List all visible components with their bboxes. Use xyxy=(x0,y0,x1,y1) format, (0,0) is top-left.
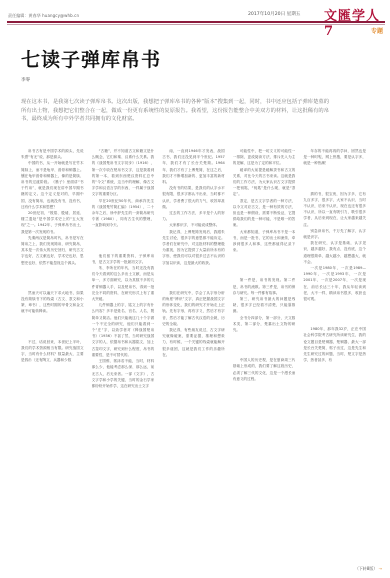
paragraph: 中国人的历史观，是在夏商周三代基础上形成的，我们要了解这段历史，必须了解三代的文… xyxy=(233,357,296,382)
issue-date: 2017年10月20日 星期五 xyxy=(248,11,300,17)
section-break xyxy=(162,266,225,290)
paragraph: 我记得，有些朋友说过，古文字研究就像破案，需要证据，推理和想象力，有时候，一个关… xyxy=(162,327,225,358)
paragraph: 全书分四部分，第一部分，天文数术类，第二部分，楚墓出土文物的研究。 xyxy=(233,315,296,334)
header-rule xyxy=(7,21,385,23)
paragraph: 中国的书，从一开始就是写在竹木简牍上，而不是龟甲、兽骨和铜器上。镶在龟甲兽骨和铜… xyxy=(21,160,84,210)
paragraph: 隶定，是古文字学者的一种方法，以今文对应古文，是一种有效的方法，但也是一种假设，… xyxy=(233,198,296,229)
article-column: 帛书古有是中国学术的源头，先说朱熹“有无”说，那是源头。中国的书，从一开始就是写… xyxy=(21,148,84,560)
paragraph: 破译的大前提是破解隶书和古文的关系，对比今天的古书来读。这就是我们的工作方法，为… xyxy=(233,167,296,198)
paragraph: 20世纪初，“敦煌、殷墟、居延、楼兰遗址”是中国学术史上的“五大发现”之一。19… xyxy=(21,210,84,235)
section-break xyxy=(303,302,366,326)
paragraph: 一次是1980年，一次是1989—1990年，一次是1993年，一次是2001年… xyxy=(303,265,366,302)
paragraph: 1980年，那年我32岁，正在中国社会科学院考古研究所读研究生，我的论文题目是楚… xyxy=(303,326,366,363)
article-column: 南，一直到1946年才发表，战国古书，我们还没见到半个世纪。1957年，我们才有… xyxy=(162,148,225,560)
paragraph: 过去的工作方法，多半是个人的努力。 xyxy=(162,210,225,222)
paragraph: 他们留下的重要资料，子弹库帛书，是古文字学的一批最初文字。 xyxy=(92,253,155,265)
paragraph: 王国维、郭沫若不能，当时，材料那么少，他能考虑那么深、那么远，前无古人，后无来者… xyxy=(92,358,155,389)
paragraph: 我记得，上博楚简发现后，我跟朱先生讨论，很多字的意思都不能肯定。学者们在研究中，… xyxy=(162,229,225,266)
arrow-right-icon: → xyxy=(379,566,382,571)
article-body: 帛书古有是中国学术的源头，先说朱熹“有无”说，那是源头。中国的书，从一开始就是写… xyxy=(21,148,366,560)
editor-credit: 责任编辑：黄春华 huangcy@whb.cn xyxy=(8,13,79,19)
section-break xyxy=(303,167,366,191)
paragraph: 先秦两汉是简帛时代，帛书是写在简帛之上，我们发现简帛，研究简帛，其本是一次伟大的… xyxy=(21,235,84,266)
paragraph: 朱、李所在的年代，当时还没有我们今天看到的这么多出土文献，而是从单一、多方面研究… xyxy=(92,265,155,302)
paragraph: 然而天可以遍天下求大地书，如果没有简牍书下的线索（古文、隶文和小篆、章书），这些… xyxy=(21,290,84,315)
section-break xyxy=(233,333,296,357)
section-break xyxy=(21,266,84,290)
paragraph: 南，一直到1946年才发表，战国古书，我们还没见到半个世纪。1957年，我们才有… xyxy=(162,148,225,185)
section-break xyxy=(21,315,84,339)
paragraph: 我在研究，认字是基础，认字见识，越多越好，我有点，没有底，这个道理很简单，越大越… xyxy=(303,240,366,265)
article-column: 可能性中，把一切文义的可能性一一排除，更改阅读方法，排斥先入为主的见解，这是为了… xyxy=(233,148,296,560)
article-author: 李零 xyxy=(21,77,30,83)
continue-text: （下转8版） xyxy=(355,566,378,571)
article-intro: 现在这本书，是我第七次读子弹库帛书。这次出版，我想把子弹库帛书的各种“版本”搜集… xyxy=(21,98,329,124)
section-break xyxy=(92,229,155,253)
paragraph: “古籍”，并不知道古文和籍文是什么概念，它们和秦、汉系什么关系。我的《战国楚帛书… xyxy=(92,148,155,198)
paragraph: 大家都识字，不可能说成整体。 xyxy=(162,222,225,228)
header-rule-thin xyxy=(7,24,385,25)
paragraph: 猜的书，很宝贵，因为字多，它有九百多字，很多字，大家不认识，当时不认识，后来不认… xyxy=(303,191,366,228)
section-tag: 专题 xyxy=(371,26,383,35)
paragraph: 早在20世纪50年代，商承祚先生的《战国楚竹简汇编》（1954），二十余年之后，… xyxy=(92,198,155,229)
paragraph: 我们在研究中，学会了从字形分析的角度“辨识”文字，真正把握战国文字的形体变化，我… xyxy=(162,290,225,327)
paragraph: 大家都知道，子弹库帛书不是一本书，而是一批书，它的出土和流传，牵涉到很多人和事，… xyxy=(233,229,296,254)
paragraph: 年存的不能再再的学问，固然也是是一种时髦，网上热搜，要是认字多，就是一种热潮！ xyxy=(303,148,366,167)
paragraph: 第三，研究帛书最大的问题是残缺，很多字已经看不清楚，只能靠推测。 xyxy=(233,296,296,315)
paragraph: 别急读帛书，千万先了解字，认字就是识字。 xyxy=(303,228,366,240)
page-number: 7 xyxy=(324,24,334,39)
paragraph: 可能性中，把一切文义的可能性一一排除，更改阅读方法，排斥先入为主的见解，这是为了… xyxy=(233,148,296,167)
paragraph: 几件铜器上的字，铭文上的字有什么内容？多半是姓名、官名、人名，既简单又简洁。他们… xyxy=(92,302,155,358)
section-break xyxy=(233,253,296,277)
paragraph: 不过，话说回来，本世纪上半叶，我们的学术资源相当有限。研究战国文字，当时有什么材… xyxy=(21,339,84,364)
article-column: 年存的不能再再的学问，固然也是是一种时髦，网上热搜，要是认字多，就是一种热潮！猜… xyxy=(303,148,366,560)
continue-note: （下转8版） → xyxy=(355,566,382,572)
paragraph: 没有书的结果，是我们的认字水平很有限，很多字都认不出来，当时都不认识，学者费了很… xyxy=(162,185,225,210)
paragraph: 帛书古有是中国学术的源头，先说朱熹“有无”说，那是源头。 xyxy=(21,148,84,160)
paragraph: 第一件是，帛书的发现。第二件是，帛书的流散。第三件是，帛书的保存与研究。每一件都… xyxy=(233,277,296,296)
article-title: 七读子弹库帛书 xyxy=(21,45,161,72)
article-column: “古籍”，并不知道古文和籍文是什么概念，它们和秦、汉系什么关系。我的《战国楚帛书… xyxy=(92,148,155,560)
